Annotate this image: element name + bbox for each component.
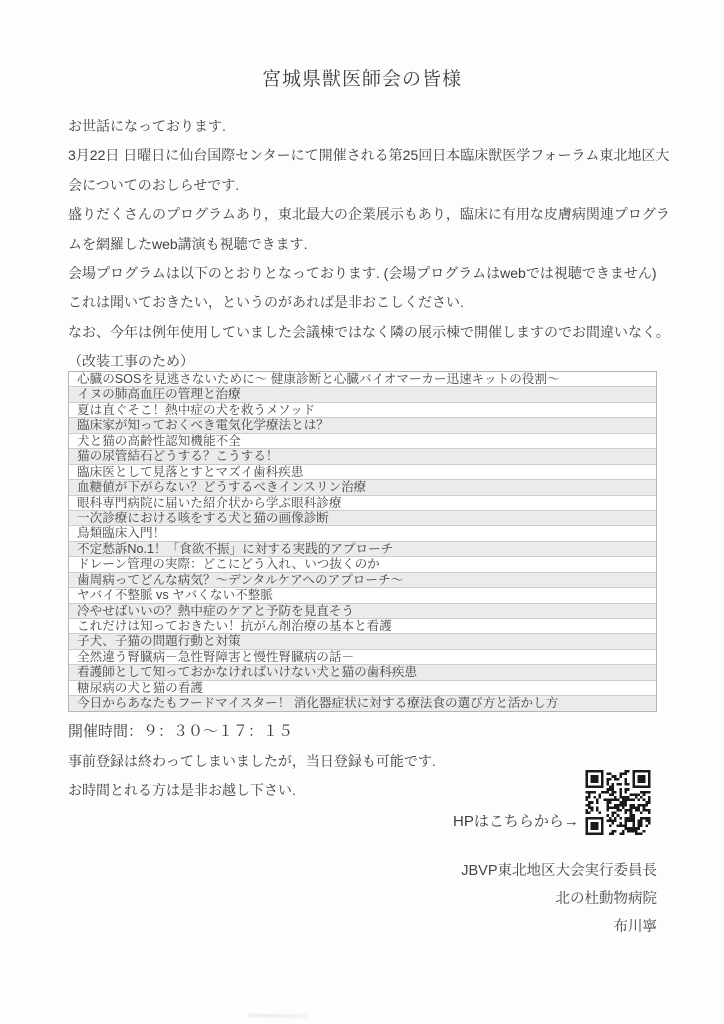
program-row: 夏は直ぐそこ！熱中症の犬を救うメソッド: [69, 402, 656, 417]
body-line: これは聞いておきたい，というのがあれば是非おこしください.: [68, 288, 658, 317]
program-row: ヤバイ不整脈 vs ヤバくない不整脈: [69, 587, 656, 602]
homepage-pointer-label: HPはこちらから→: [453, 810, 579, 831]
program-row: イヌの肺高血圧の管理と治療: [69, 386, 656, 401]
program-row: 眼科専門病院に届いた紹介状から学ぶ眼科診療: [69, 495, 656, 510]
body-line: お世話になっております.: [68, 112, 658, 141]
program-row: 血糖値が下がらない？どうするべきインスリン治療: [69, 479, 656, 494]
letter-body: お世話になっております. 3月22日 日曜日に仙台国際センターにて開催される第2…: [68, 112, 658, 377]
letter-page: 宮城県獣医師会の皆様 お世話になっております. 3月22日 日曜日に仙台国際セン…: [0, 0, 724, 1024]
program-row: 臨床家が知っておくべき電気化学療法とは？: [69, 417, 656, 432]
program-row: 不定愁訴No.1！「食欲不振」に対する実践的アプローチ: [69, 541, 656, 556]
program-row: 心臓のSOSを見逃さないために～ 健康診断と心臓バイオマーカー迅速キットの役割～: [69, 372, 656, 386]
program-row: 今日からあなたもフードマイスター！ 消化器症状に対する療法食の選び方と活かし方: [69, 695, 656, 710]
program-row: 全然違う腎臓病－急性腎障害と慢性腎臓病の話－: [69, 649, 656, 664]
page-title: 宮城県獣医師会の皆様: [0, 64, 724, 91]
program-row: ドレーン管理の実際：どこにどう入れ、いつ抜くのか: [69, 556, 656, 571]
program-row: 鳥類臨床入門！: [69, 525, 656, 540]
closing-line: 事前登録は終わってしまいましたが，当日登録も可能です.: [68, 751, 436, 771]
scan-smudge: [248, 1012, 308, 1019]
body-line: 3月22日 日曜日に仙台国際センターにて開催される第25回日本臨床獣医学フォーラ…: [68, 141, 658, 170]
signature-line: 北の杜動物病院: [68, 885, 657, 913]
body-line: 会場プログラムは以下のとおりとなっております. (会場プログラムはwebでは視聴…: [68, 259, 658, 288]
event-time: 開催時間：９：３０～１７：１５: [68, 720, 293, 741]
program-row: 臨床医として見落とすとマズイ歯科疾患: [69, 464, 656, 479]
program-row: 歯周病ってどんな病気？～デンタルケアへのアプローチ～: [69, 572, 656, 587]
program-row: 犬と猫の高齢性認知機能不全: [69, 433, 656, 448]
signature-line: 布川寧: [68, 913, 657, 941]
program-row: 子犬、子猫の問題行動と対策: [69, 633, 656, 648]
program-table: 心臓のSOSを見逃さないために～ 健康診断と心臓バイオマーカー迅速キットの役割～…: [68, 371, 657, 712]
program-row: 猫の尿管結石どうする？こうする！: [69, 448, 656, 463]
body-line: 会についてのおしらせです.: [68, 171, 658, 200]
body-line: 盛りだくさんのプログラムあり，東北最大の企業展示もあり，臨床に有用な皮膚病関連プ…: [68, 200, 658, 229]
body-line: なお、今年は例年使用していました会議棟ではなく隣の展示棟で開催しますのでお間違い…: [68, 318, 658, 347]
program-row: 冷やせばいいの？熱中症のケアと予防を見直そう: [69, 603, 656, 618]
signature-block: JBVP東北地区大会実行委員長 北の杜動物病院 布川寧: [68, 857, 657, 941]
body-line: ムを網羅したweb講演も視聴できます.: [68, 230, 658, 259]
qr-code-icon: [585, 770, 651, 835]
program-row: 一次診療における咳をする犬と猫の画像診断: [69, 510, 656, 525]
program-row: 糖尿病の犬と猫の看護: [69, 680, 656, 695]
signature-line: JBVP東北地区大会実行委員長: [68, 857, 657, 885]
program-row: これだけは知っておきたい！抗がん剤治療の基本と看護: [69, 618, 656, 633]
closing-line: お時間とれる方は是非お越し下さい.: [68, 780, 296, 800]
program-row: 看護師として知っておかなければいけない犬と猫の歯科疾患: [69, 664, 656, 679]
